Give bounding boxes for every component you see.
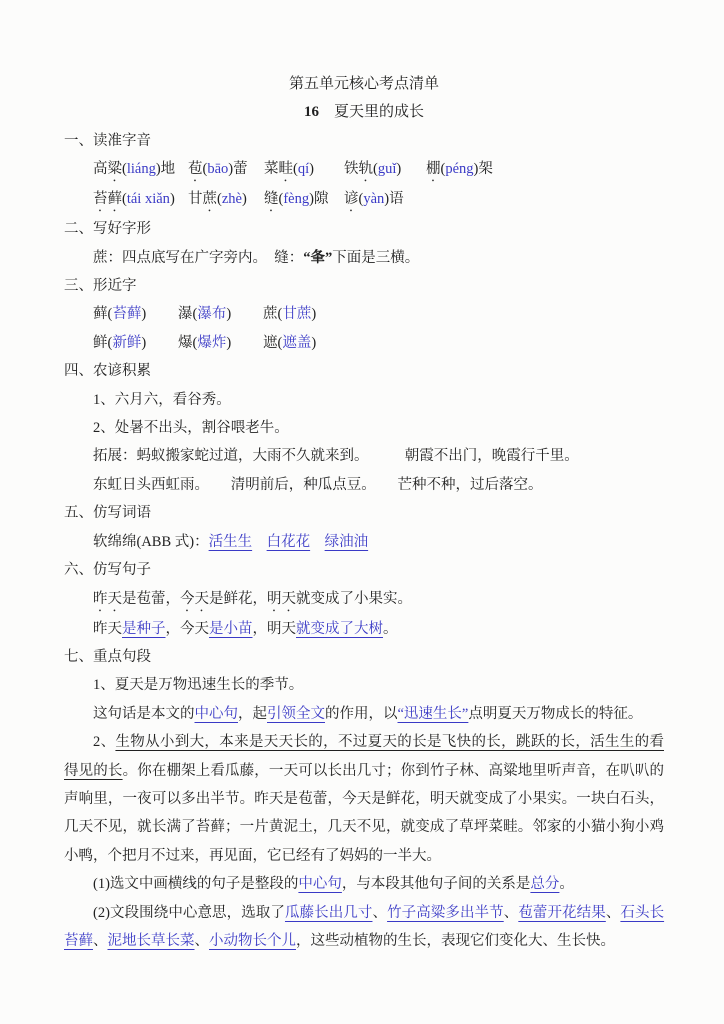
doc-title: 第五单元核心考点清单 — [64, 70, 664, 98]
section-heading-key-passage: 七、重点句段 — [64, 643, 664, 671]
pinyin-item: 苞(bāo)蕾 — [188, 155, 264, 185]
similar-chars-item: 鲜(新鲜) — [93, 329, 178, 357]
proverb-line-1: 1、六月六，看谷秀。 — [64, 386, 664, 414]
proverb-line-2: 2、处暑不出头，割谷喂老牛。 — [64, 414, 664, 442]
similar-chars-item: 蔗(甘蔗) — [263, 300, 316, 328]
section-heading-imitate-sentences: 六、仿写句子 — [64, 556, 664, 584]
analysis-question-1: (1)选文中画横线的句子是整段的中心句，与本段其他句子间的关系是总分。 — [64, 870, 664, 898]
document-page: 第五单元核心考点清单 16 夏天里的成长 一、读准字音 高粱(liáng)地 苞… — [0, 0, 724, 1024]
example-sentence-line: 昨天是苞蕾，今天是鲜花，明天就变成了小果实。 — [64, 585, 664, 615]
lesson-title: 16 夏天里的成长 — [64, 98, 664, 126]
similar-chars-row-1: 藓(苔藓) 瀑(瀑布) 蔗(甘蔗) — [64, 300, 664, 328]
pinyin-item: 缝(fèng)隙 — [264, 185, 344, 215]
imitated-sentence-line: 昨天是种子，今天是小苗，明天就变成了大树。 — [64, 615, 664, 643]
pinyin-item: 苔藓(tái xiǎn) — [93, 185, 188, 215]
glyph-note-line: 蔗：四点底写在广字旁内。 缝：“夆”下面是三横。 — [64, 244, 664, 272]
similar-chars-item: 遮(遮盖) — [263, 329, 316, 357]
key-sentence-analysis-line: 这句话是本文的中心句，起引领全文的作用，以“迅速生长”点明夏天万物成长的特征。 — [64, 700, 664, 728]
proverb-line-4: 东虹日头西虹雨。 清明前后，种瓜点豆。 芒种不种，过后落空。 — [64, 471, 664, 499]
similar-chars-item: 爆(爆炸) — [178, 329, 263, 357]
similar-chars-item: 瀑(瀑布) — [178, 300, 263, 328]
analysis-question-2: (2)文段围绕中心意思，选取了瓜藤长出几寸、竹子高粱多出半节、苞蕾开花结果、石头… — [64, 899, 664, 956]
section-heading-similar-chars: 三、形近字 — [64, 272, 664, 300]
pinyin-item: 甘蔗(zhè) — [188, 185, 264, 215]
similar-chars-row-2: 鲜(新鲜) 爆(爆炸) 遮(遮盖) — [64, 329, 664, 357]
pinyin-item: 棚(péng)架 — [426, 155, 493, 185]
key-sentence-line: 1、夏天是万物迅速生长的季节。 — [64, 671, 664, 699]
pinyin-row-2: 苔藓(tái xiǎn) 甘蔗(zhè) 缝(fèng)隙 谚(yàn)语 — [64, 185, 664, 215]
pinyin-row-1: 高粱(liáng)地 苞(bāo)蕾 菜畦(qí) 铁轨(guǐ) 棚(péng… — [64, 155, 664, 185]
pinyin-item: 菜畦(qí) — [264, 155, 344, 185]
pinyin-item: 铁轨(guǐ) — [344, 155, 426, 185]
section-heading-writing: 二、写好字形 — [64, 215, 664, 243]
section-heading-imitate-words: 五、仿写词语 — [64, 499, 664, 527]
pinyin-item: 谚(yàn)语 — [344, 185, 404, 215]
section-heading-proverbs: 四、农谚积累 — [64, 357, 664, 385]
key-paragraph: 2、生物从小到大，本来是天天长的，不过夏天的长是飞快的长，跳跃的长，活生生的看得… — [64, 728, 664, 870]
section-heading-pronunciation: 一、读准字音 — [64, 127, 664, 155]
proverb-extension-line: 拓展：蚂蚁搬家蛇过道，大雨不久就来到。 朝霞不出门，晚霞行千里。 — [64, 442, 664, 470]
similar-chars-item: 藓(苔藓) — [93, 300, 178, 328]
pinyin-item: 高粱(liáng)地 — [93, 155, 188, 185]
imitation-words-line: 软绵绵(ABB 式)：活生生 白花花 绿油油 — [64, 528, 664, 556]
